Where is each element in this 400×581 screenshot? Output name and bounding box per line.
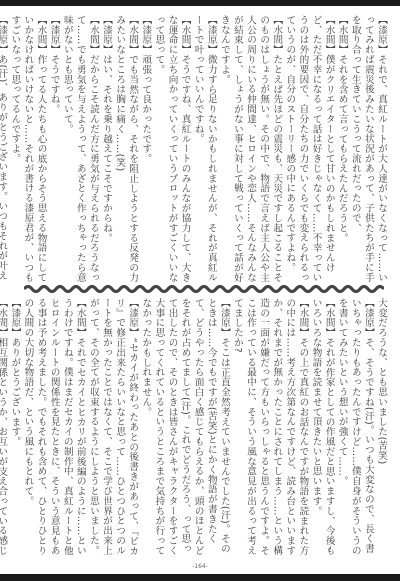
dialogue-text: 頑張って良かったです。 [140, 55, 151, 164]
bottom-scan-edge [0, 574, 400, 581]
speaker-label: 【水間】 [180, 15, 191, 55]
dialogue-line: 【漆原】あ(汗)、ありがとうございます。いつもそれが叶えられればと思っているんで… [0, 15, 8, 285]
speaker-label: 【漆原】 [0, 15, 7, 55]
dialogue-line: 【漆原】“セカイが終わったあとの後書きがあって、『ピカリ』で修正出来たらいいなと… [87, 298, 139, 560]
speaker-label: 【漆原】 [9, 298, 20, 338]
top-scan-edge [0, 0, 400, 6]
speaker-label: 【水間】 [271, 15, 282, 55]
dialogue-text: 作ってる人たちも心の底からそう思える物語にしていかなければいけないと……それが書… [9, 15, 46, 282]
dialogue-line: 【水間】それを含めて言ってもらえたんだろうと。 [336, 15, 349, 285]
dialogue-text: ありがとうございます。 [9, 338, 20, 447]
dialogue-text: それで、真紅ルートが大人達がいなくなって……いってみれば震災後みたいな状況があっ… [350, 15, 387, 282]
speaker-label: 【漆原】 [219, 298, 230, 338]
dialogue-line: 【水間】そうですね、真紅ルートのみんなが協力して、大きな運命に立ち向かっていくっ… [152, 15, 191, 285]
dialogue-text: そうですね、真紅ルートのみんなが協力して、大きな運命に立ち向かっていくっていうプ… [153, 15, 190, 282]
speaker-label: 【水間】 [0, 298, 7, 338]
dialogue-line: 【漆原】頑張って良かったです。 [139, 15, 152, 285]
dialogue-line: 【水間】相互関係というか、お互いが支え合っている感じといいますか……深いところで… [0, 298, 8, 560]
dialogue-line: 【水間】それでセカイとヒカリが前後編のように……というわけですね。僕はまだセカイ… [21, 298, 86, 560]
speaker-label: 【漆原】 [101, 15, 112, 55]
speaker-label: 【漆原】 [127, 298, 138, 338]
dialogue-line: 【水間】でも当然ながら、それを阻止しようとする反発の力みたいなところは胸に痛く…… [113, 15, 139, 285]
speaker-label: 【水間】 [324, 298, 335, 338]
speaker-label: 【漆原】 [140, 15, 151, 55]
speaker-label: 【水間】 [88, 15, 99, 55]
speaker-label: 【水間】 [324, 15, 335, 55]
dialogue-line: 【漆原】そこは正直全然考えていませんでした(汗)。そのときは……今でもですが(苦… [139, 298, 231, 560]
speaker-label: 【水間】 [36, 15, 47, 55]
speaker-label: 【漆原】 [363, 298, 374, 338]
dialogue-line: 【水間】その上で真紅のお話なんですが物語を読まれた方の中には……考え方次第なんで… [231, 298, 310, 560]
dialogue-line: 【水間】たとえば先ほどの震災も、天災ですし起こることそのものはしょうが無い。その… [218, 15, 283, 285]
dialogue-line: 【水間】僕がクリエイターとして甘いのかもしれませんけど、ただ不幸になるって話は好… [283, 15, 335, 285]
speaker-label: 【漆原】 [49, 15, 60, 55]
speaker-label: 【漆原】 [206, 15, 217, 55]
speaker-label: 【水間】 [337, 15, 348, 55]
dialogue-line: 【漆原】そうですね。 [48, 15, 61, 285]
speaker-label: 【漆原】 [376, 15, 387, 55]
dialogue-text: 微力すら足りないかもしれませんが、それが真紅ルートで叶っていいんですね。 [193, 15, 217, 282]
dialogue-text: はい、それを乗り越えてこそですからね。 [101, 55, 112, 243]
dialogue-line: 【漆原】そ、そうですね(汗)。いつも大変なので、長く書いちゃったりもあったんです… [336, 298, 375, 560]
speaker-label: 【水間】 [127, 15, 138, 55]
dialogue-line: 【漆原】はい、それを乗り越えてこそですからね。 [100, 15, 113, 285]
dialogue-line: 【水間】だからこそ読んだ方に勇気が与えられるだろうなって……でも勇気を与えようっ… [61, 15, 100, 285]
wavy-divider [24, 283, 384, 295]
dialogue-text: あ(汗)、ありがとうございます。いつもそれが叶えられればと思っているんで、本当に… [0, 15, 7, 281]
speaker-label: 【水間】 [297, 298, 308, 338]
dialogue-text: だからこそ読んだ方に勇気が与えられるだろうなって……でも勇気を与えようって、あざ… [62, 15, 99, 282]
dialogue-line: 【漆原】微力すら足りないかもしれませんが、それが真紅ルートで叶っていいんですね。 [192, 15, 218, 285]
dialogue-text: たとえば先ほどの震災も、天災ですし起こることそのものはしょうが無い。その中で、物… [219, 15, 282, 282]
dialogue-text: 大変だろうな、とも思いました(苦笑) [376, 298, 387, 465]
dialogue-line: 【漆原】それで、真紅ルートが大人達がいなくなって……いってみれば震災後みたいな状… [349, 15, 388, 285]
upper-dialogue-block: 【漆原】それで、真紅ルートが大人達がいなくなって……いってみれば震災後みたいな状… [0, 15, 388, 285]
dialogue-text: でも当然ながら、それを阻止しようとする反発の力みたいなところは胸に痛く……(笑) [114, 15, 138, 282]
dialogue-text: そこは正直全然考えていませんでした(汗)。そのときは……今でもですが(苦笑)とに… [140, 298, 230, 555]
dialogue-text: 僕がクリエイターとして甘いのかもしれませんけど、ただ不幸になるって話は好きじゃな… [284, 15, 334, 282]
page-number: -164- [0, 563, 400, 570]
dialogue-text: それを含めて言ってもらえたんだろうと。 [337, 55, 348, 243]
dialogue-text: “セカイが終わったあとの後書きがあって、『ピカリ』で修正出来たらいいなと思って…… [88, 298, 138, 556]
dialogue-text: そうですね。 [49, 55, 60, 114]
speaker-label: 【水間】 [75, 298, 86, 338]
dialogue-line: 【水間】作ってる人たちも心の底からそう思える物語にしていかなければいけないと……… [8, 15, 47, 285]
dialogue-line: 【漆原】ありがとうございます。 [8, 298, 21, 560]
dialogue-line: 【水間】それが作家としての作風だと思いますし、今後もいろいろな物語を読ませて頂き… [309, 298, 335, 560]
dialogue-line: 大変だろうな、とも思いました(苦笑) [375, 298, 388, 560]
lower-dialogue-block: 大変だろうな、とも思いました(苦笑) 【漆原】そ、そうですね(汗)。いつも大変な… [0, 298, 388, 560]
